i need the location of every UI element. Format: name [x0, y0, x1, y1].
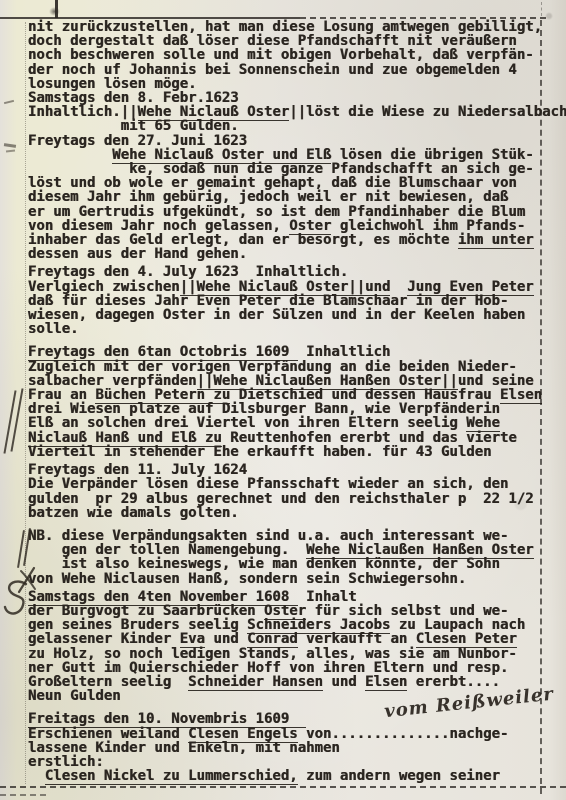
text-line: losungen lösen möge.: [28, 77, 548, 91]
text-line: Erschienen weiland Clesen Engels von....…: [28, 727, 548, 741]
text-line: zu Holz, so noch ledigen Stands, alles, …: [28, 647, 548, 661]
text-line: Inhaltlich.||Wehe Niclauß Oster||löst di…: [28, 105, 548, 119]
text-line: Vierteil in stehender Ehe erkaufft haben…: [28, 445, 548, 459]
text-line: solle.: [28, 322, 548, 336]
text-line: salbacher verpfänden||Wehe Niclaußen Han…: [28, 374, 548, 388]
text-line: gen der tollen Namengebung. Wehe Niclauß…: [28, 543, 548, 557]
text-line: nit zurückzustellen, hat man diese Losun…: [28, 20, 548, 34]
right-rule-stub: [541, 2, 542, 16]
text-line: von diesem Jahr noch gelassen, Oster gle…: [28, 219, 548, 233]
text-line: Freitags den 10. Novembris 1609: [28, 712, 548, 726]
text-line: ist also keineswegs, wie man denken könn…: [28, 557, 548, 571]
text-line: gen seines Bruders seelig Schneiders Jac…: [28, 618, 548, 632]
text-line: Freytags den 11. July 1624: [28, 463, 548, 477]
margin-tick: [6, 150, 15, 153]
bottom-rule: [0, 786, 566, 788]
text-line: diesem Jahr ihm gebürig, jedoch weil er …: [28, 190, 548, 204]
text-line: Verlgiech zwischen||Wehe Niclauß Oster||…: [28, 280, 548, 294]
text-line: erstlich:: [28, 755, 548, 769]
text-line: wiesen, dagegen Oster in der Sülzen und …: [28, 308, 548, 322]
text-line: Die Verpänder lösen diese Pfansschaft wi…: [28, 477, 548, 491]
text-line: mit 65 Gulden.: [28, 119, 548, 133]
text-line: batzen wie damals golten.: [28, 506, 548, 520]
text-line: gelassener Kinder Eva und Conrad verkauf…: [28, 632, 548, 646]
text-line: gulden pr 29 albus gerechnet und den rei…: [28, 492, 548, 506]
text-line: daß für dieses Jahr Even Peter die Blams…: [28, 294, 548, 308]
margin-tick: [4, 143, 16, 147]
text-line: doch dergestalt daß löser diese Pfandsch…: [28, 34, 548, 48]
text-line: Frau an Büchen Petern zu Dietschied und …: [28, 388, 548, 402]
text-line: Samstags den 4ten November 1608 Inhalt: [28, 590, 548, 604]
text-line: Samstags den 8. Febr.1623: [28, 91, 548, 105]
text-line: er um Gertrudis ufgekündt, so ist dem Pf…: [28, 205, 548, 219]
text-line: Clesen Nickel zu Lummerschied, zum ander…: [28, 769, 548, 783]
text-line: Freytags den 27. Juni 1623: [28, 134, 548, 148]
text-line: Wehe Niclauß Oster und Elß lösen die übr…: [28, 148, 548, 162]
text-line: ke, sodaß nun die ganze Pfandschafft an …: [28, 162, 548, 176]
margin-scribble: [0, 564, 40, 622]
bottom-rule-stub: [0, 794, 46, 796]
text-line: Großeltern seelig Schneider Hansen und E…: [28, 675, 548, 689]
text-line: noch beschweren solle und mit obigen Vor…: [28, 48, 548, 62]
scan-page: nit zurückzustellen, hat man diese Losun…: [0, 0, 566, 800]
ink-blob: [49, 7, 60, 16]
margin-tick: [4, 100, 14, 104]
text-line: Elß an solchen drei Viertel von ihren El…: [28, 416, 548, 430]
text-line: ner Gutt im Quierschieder Hoff von ihren…: [28, 661, 548, 675]
text-line: inhaber das Geld erlegt, dan er besorgt,…: [28, 233, 548, 247]
document-text: nit zurückzustellen, hat man diese Losun…: [28, 20, 548, 783]
text-line: Niclauß Hanß und Elß zu Reuttenhofen ere…: [28, 431, 548, 445]
text-line: löst und ob wole er gemaint gehapt, daß …: [28, 176, 548, 190]
text-line: dessen aus der Hand gehen.: [28, 247, 548, 261]
text-line: lassene Kinder und Enkeln, mit nahmen: [28, 741, 548, 755]
text-line: der Burgvogt zu Saarbrücken Oster für si…: [28, 604, 548, 618]
text-line: Freytags den 4. July 1623 Inhaltlich.: [28, 265, 548, 279]
text-line: NB. diese Verpändungsakten sind u.a. auc…: [28, 529, 548, 543]
left-margin-dotted-rule: [25, 22, 26, 784]
text-line: Freytags den 6tan Octobris 1609 Inhaltli…: [28, 345, 548, 359]
text-line: Zugleich mit der vorigen Verpfändung an …: [28, 360, 548, 374]
text-line: drei Wiesen platze auf Dilsburger Bann, …: [28, 402, 548, 416]
text-line: der noch uf Johannis bei Sonnenschein un…: [28, 63, 548, 77]
text-line: von Wehe Niclausen Hanß, sondern sein Sc…: [28, 572, 548, 586]
